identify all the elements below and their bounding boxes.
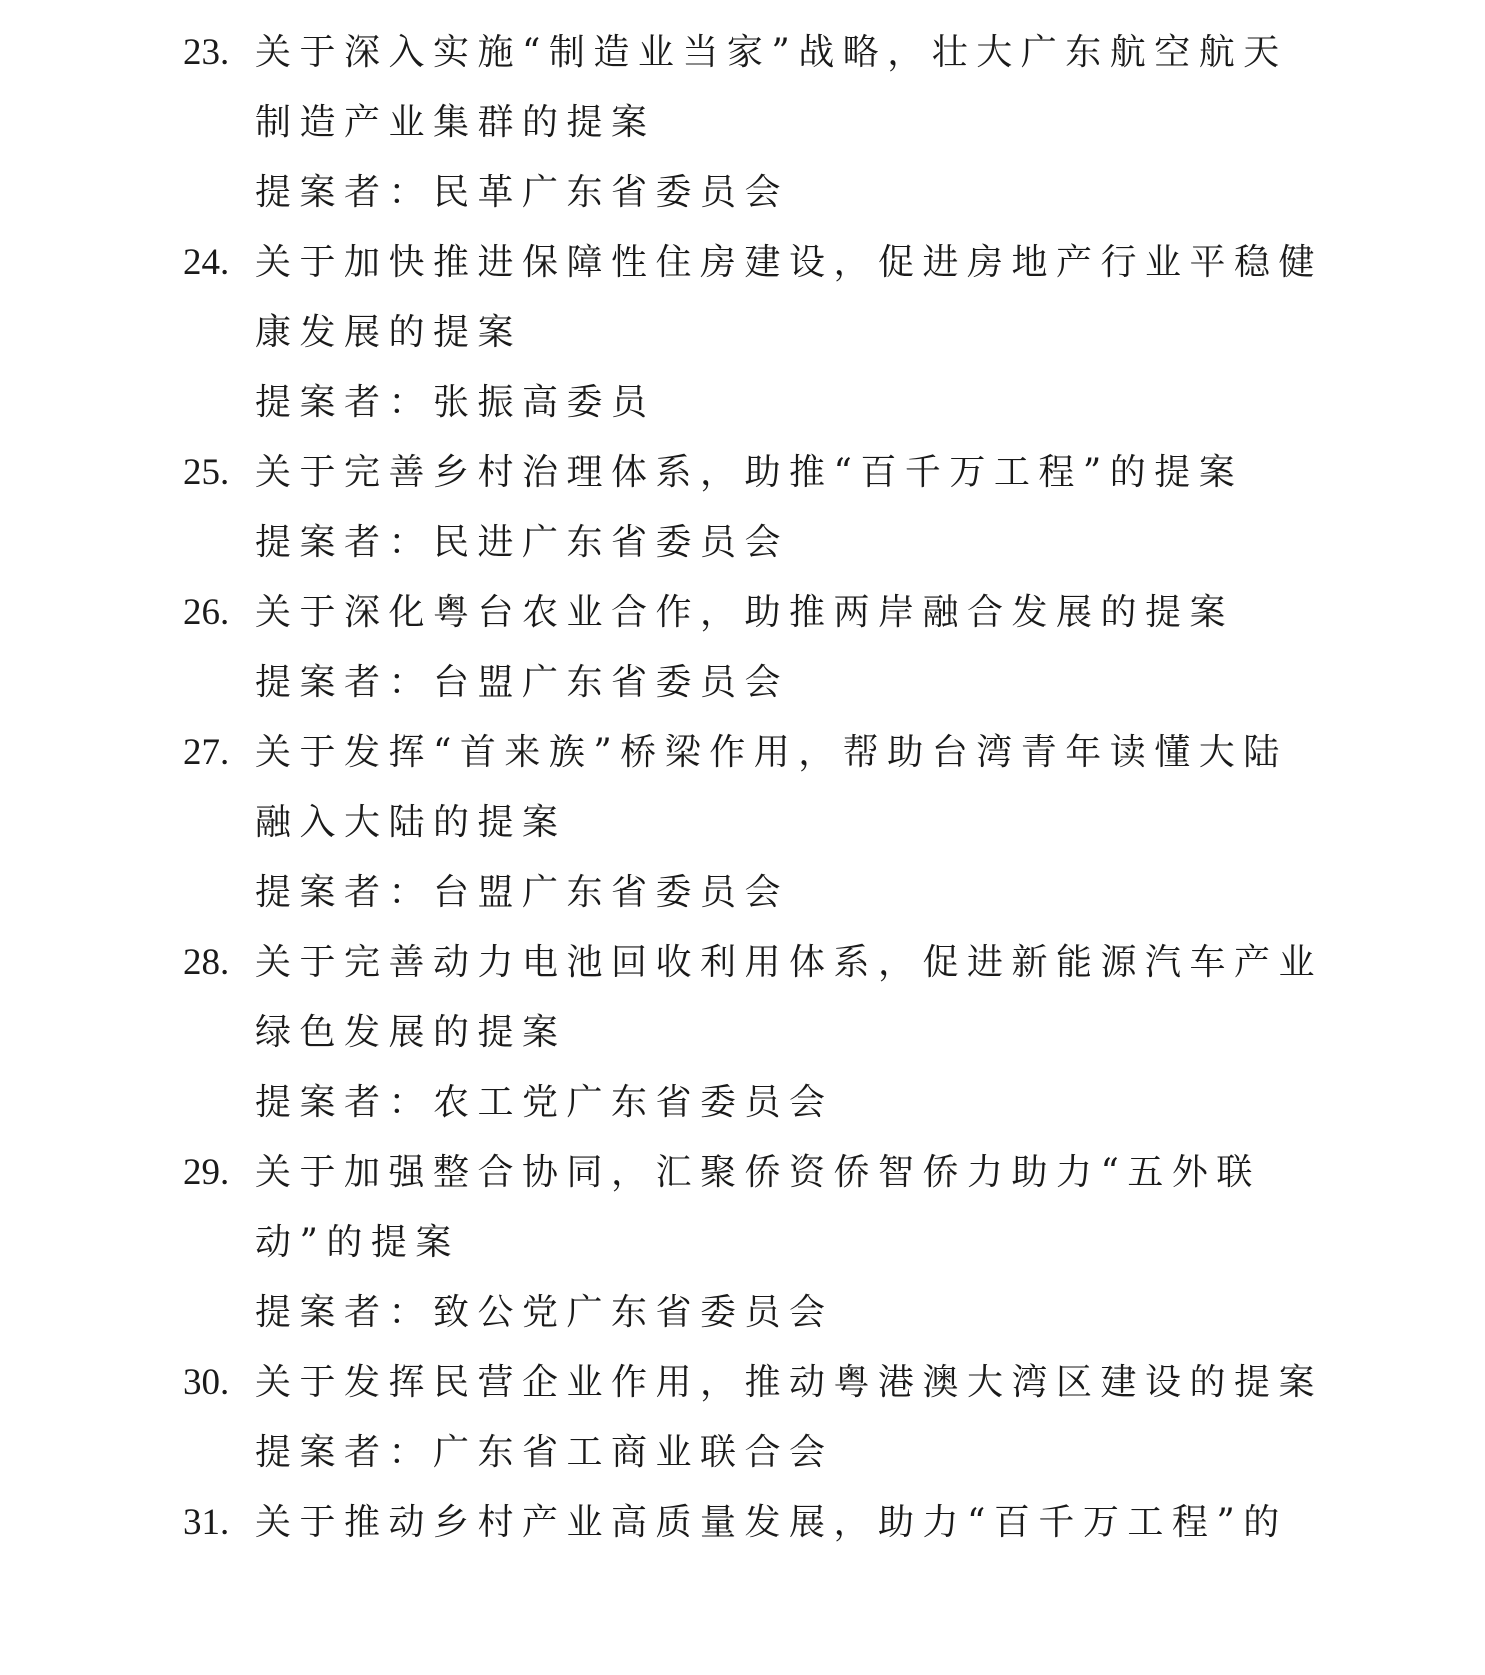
proposal-title: 关于深化粤台农业合作，助推两岸融合发展的提案 xyxy=(255,578,1234,648)
proposal-23-proposer: 提案者：民革广东省委员会 xyxy=(0,158,1485,228)
proposal-27-title-line-2: 融入大陆的提案 xyxy=(0,788,1485,858)
proposer: 提案者：张振高委员 xyxy=(255,368,656,438)
proposal-23-title-line-1: 23. 关于深入实施“制造业当家”战略，壮大广东航空航天 xyxy=(0,18,1485,88)
proposal-title: 关于完善乡村治理体系，助推“百千万工程”的提案 xyxy=(255,438,1243,508)
proposal-30-title-line-1: 30. 关于发挥民营企业作用，推动粤港澳大湾区建设的提案 xyxy=(0,1348,1485,1418)
proposal-title-continued: 绿色发展的提案 xyxy=(255,998,567,1068)
proposal-number: 26. xyxy=(183,578,229,648)
proposer: 提案者：台盟广东省委员会 xyxy=(255,648,789,718)
proposal-24-proposer: 提案者：张振高委员 xyxy=(0,368,1485,438)
proposal-number: 25. xyxy=(183,438,229,508)
proposal-title-continued: 融入大陆的提案 xyxy=(255,788,567,858)
proposal-title: 关于完善动力电池回收利用体系，促进新能源汽车产业 xyxy=(255,928,1323,998)
proposal-number: 31. xyxy=(183,1488,229,1558)
proposal-26-proposer: 提案者：台盟广东省委员会 xyxy=(0,648,1485,718)
proposal-24-title-line-2: 康发展的提案 xyxy=(0,298,1485,368)
proposal-number: 30. xyxy=(183,1348,229,1418)
proposal-28-proposer: 提案者：农工党广东省委员会 xyxy=(0,1068,1485,1138)
proposer: 提案者：民革广东省委员会 xyxy=(255,158,789,228)
proposal-number: 27. xyxy=(183,718,229,788)
proposal-29-proposer: 提案者：致公党广东省委员会 xyxy=(0,1278,1485,1348)
proposal-title-continued: 动”的提案 xyxy=(255,1208,460,1278)
proposal-31-title-line-1: 31. 关于推动乡村产业高质量发展，助力“百千万工程”的 xyxy=(0,1488,1485,1558)
proposer: 提案者：农工党广东省委员会 xyxy=(255,1068,834,1138)
proposer: 提案者：民进广东省委员会 xyxy=(255,508,789,578)
proposal-26-title-line-1: 26. 关于深化粤台农业合作，助推两岸融合发展的提案 xyxy=(0,578,1485,648)
proposal-title: 关于深入实施“制造业当家”战略，壮大广东航空航天 xyxy=(255,18,1288,88)
proposal-title: 关于加强整合协同，汇聚侨资侨智侨力助力“五外联 xyxy=(255,1138,1261,1208)
proposal-23-title-line-2: 制造产业集群的提案 xyxy=(0,88,1485,158)
proposer: 提案者：广东省工商业联合会 xyxy=(255,1418,834,1488)
proposal-24-title-line-1: 24. 关于加快推进保障性住房建设，促进房地产行业平稳健 xyxy=(0,228,1485,298)
proposal-title-continued: 康发展的提案 xyxy=(255,298,522,368)
proposal-title: 关于发挥民营企业作用，推动粤港澳大湾区建设的提案 xyxy=(255,1348,1323,1418)
proposal-28-title-line-1: 28. 关于完善动力电池回收利用体系，促进新能源汽车产业 xyxy=(0,928,1485,998)
proposer: 提案者：台盟广东省委员会 xyxy=(255,858,789,928)
proposal-title: 关于发挥“首来族”桥梁作用，帮助台湾青年读懂大陆 xyxy=(255,718,1288,788)
proposal-number: 24. xyxy=(183,228,229,298)
proposal-28-title-line-2: 绿色发展的提案 xyxy=(0,998,1485,1068)
proposer: 提案者：致公党广东省委员会 xyxy=(255,1278,834,1348)
proposal-title: 关于加快推进保障性住房建设，促进房地产行业平稳健 xyxy=(255,228,1323,298)
proposal-29-title-line-1: 29. 关于加强整合协同，汇聚侨资侨智侨力助力“五外联 xyxy=(0,1138,1485,1208)
proposal-27-proposer: 提案者：台盟广东省委员会 xyxy=(0,858,1485,928)
proposal-number: 28. xyxy=(183,928,229,998)
proposal-25-title-line-1: 25. 关于完善乡村治理体系，助推“百千万工程”的提案 xyxy=(0,438,1485,508)
proposal-25-proposer: 提案者：民进广东省委员会 xyxy=(0,508,1485,578)
proposal-title-continued: 制造产业集群的提案 xyxy=(255,88,656,158)
proposal-29-title-line-2: 动”的提案 xyxy=(0,1208,1485,1278)
proposal-number: 29. xyxy=(183,1138,229,1208)
proposal-30-proposer: 提案者：广东省工商业联合会 xyxy=(0,1418,1485,1488)
proposal-list: 23. 关于深入实施“制造业当家”战略，壮大广东航空航天 制造产业集群的提案 提… xyxy=(0,18,1485,1558)
proposal-number: 23. xyxy=(183,18,229,88)
proposal-title: 关于推动乡村产业高质量发展，助力“百千万工程”的 xyxy=(255,1488,1288,1558)
proposal-27-title-line-1: 27. 关于发挥“首来族”桥梁作用，帮助台湾青年读懂大陆 xyxy=(0,718,1485,788)
